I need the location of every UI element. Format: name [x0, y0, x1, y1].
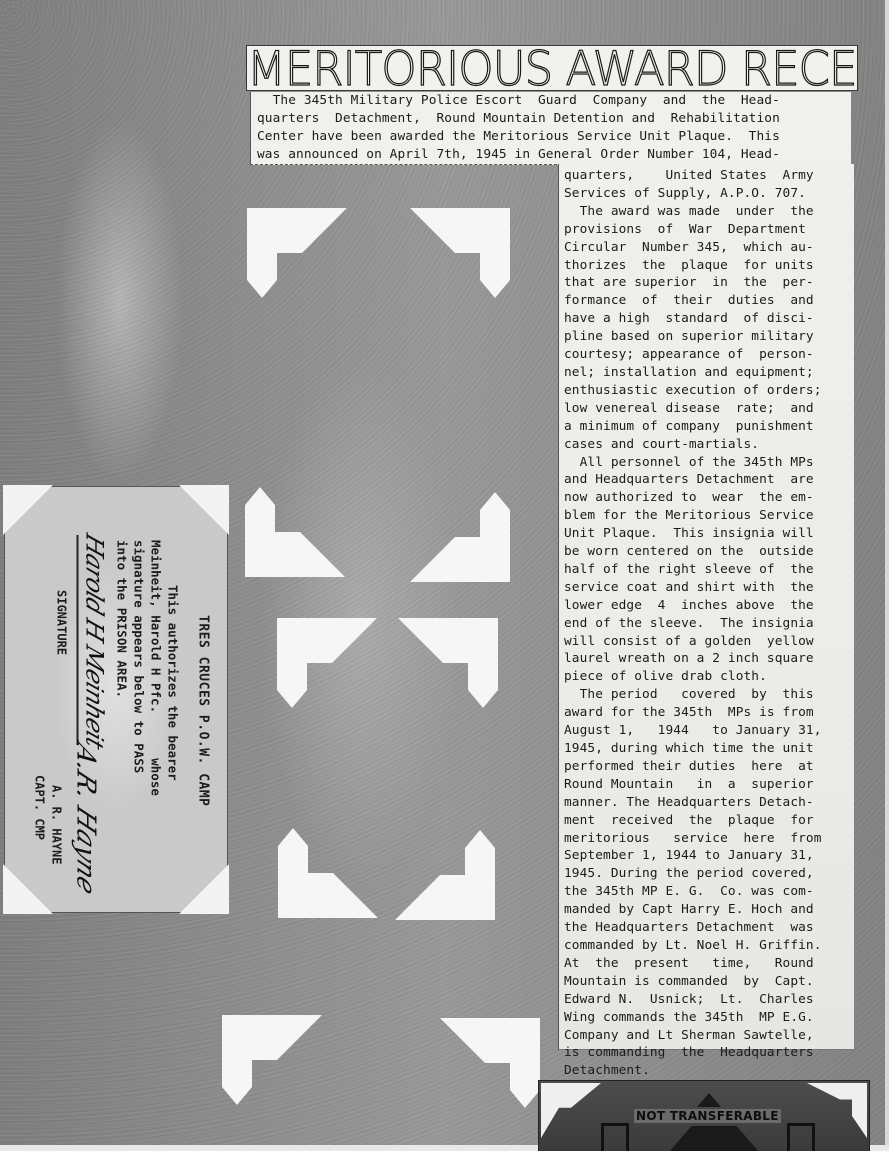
officer-title: CAPT. CMP [33, 775, 47, 840]
pass-text: signature appears below to PASS [132, 540, 147, 773]
page-edge [885, 0, 889, 1151]
photo-corner [541, 1083, 601, 1138]
bearer-signature: Harold H Meinheit [81, 529, 109, 751]
pass-content: TRES CRUCES P.O.W. CAMP This authorizes … [14, 495, 219, 905]
triangle-emblem-icon [697, 1093, 721, 1107]
signature-line [77, 535, 79, 745]
clipping-headline: MERITORIOUS AWARD RECEIVED [246, 45, 858, 91]
signature-label: SIGNATURE [55, 590, 69, 655]
officer-name: A. R. HAYNE [50, 785, 64, 864]
pass-text: into the PRISON AREA. [115, 540, 130, 698]
pass-title: TRES CRUCES P.O.W. CAMP [196, 615, 211, 807]
clipping-lead-text: The 345th Military Police Escort Guard C… [257, 92, 780, 164]
officer-signature: A.R. Hayne [71, 738, 101, 900]
pass-text: This authorizes the bearer [166, 585, 181, 781]
clipping-column-text: quarters, United States Army Services of… [564, 167, 822, 1080]
pow-camp-pass: TRES CRUCES P.O.W. CAMP This authorizes … [4, 486, 228, 913]
clipping-column: quarters, United States Army Services of… [558, 164, 854, 1050]
id-card: NOT TRANSFERABLE [538, 1080, 870, 1151]
arch-emblem-icon [601, 1123, 629, 1151]
not-transferable-label: NOT TRANSFERABLE [634, 1109, 781, 1123]
triangle-emblem-icon [669, 1126, 759, 1151]
photo-corner [807, 1083, 867, 1138]
clipping-lead: The 345th Military Police Escort Guard C… [250, 92, 851, 165]
pass-text: Meinheit, Harold H Pfc. whose [149, 540, 164, 796]
arch-emblem-icon [787, 1123, 815, 1151]
